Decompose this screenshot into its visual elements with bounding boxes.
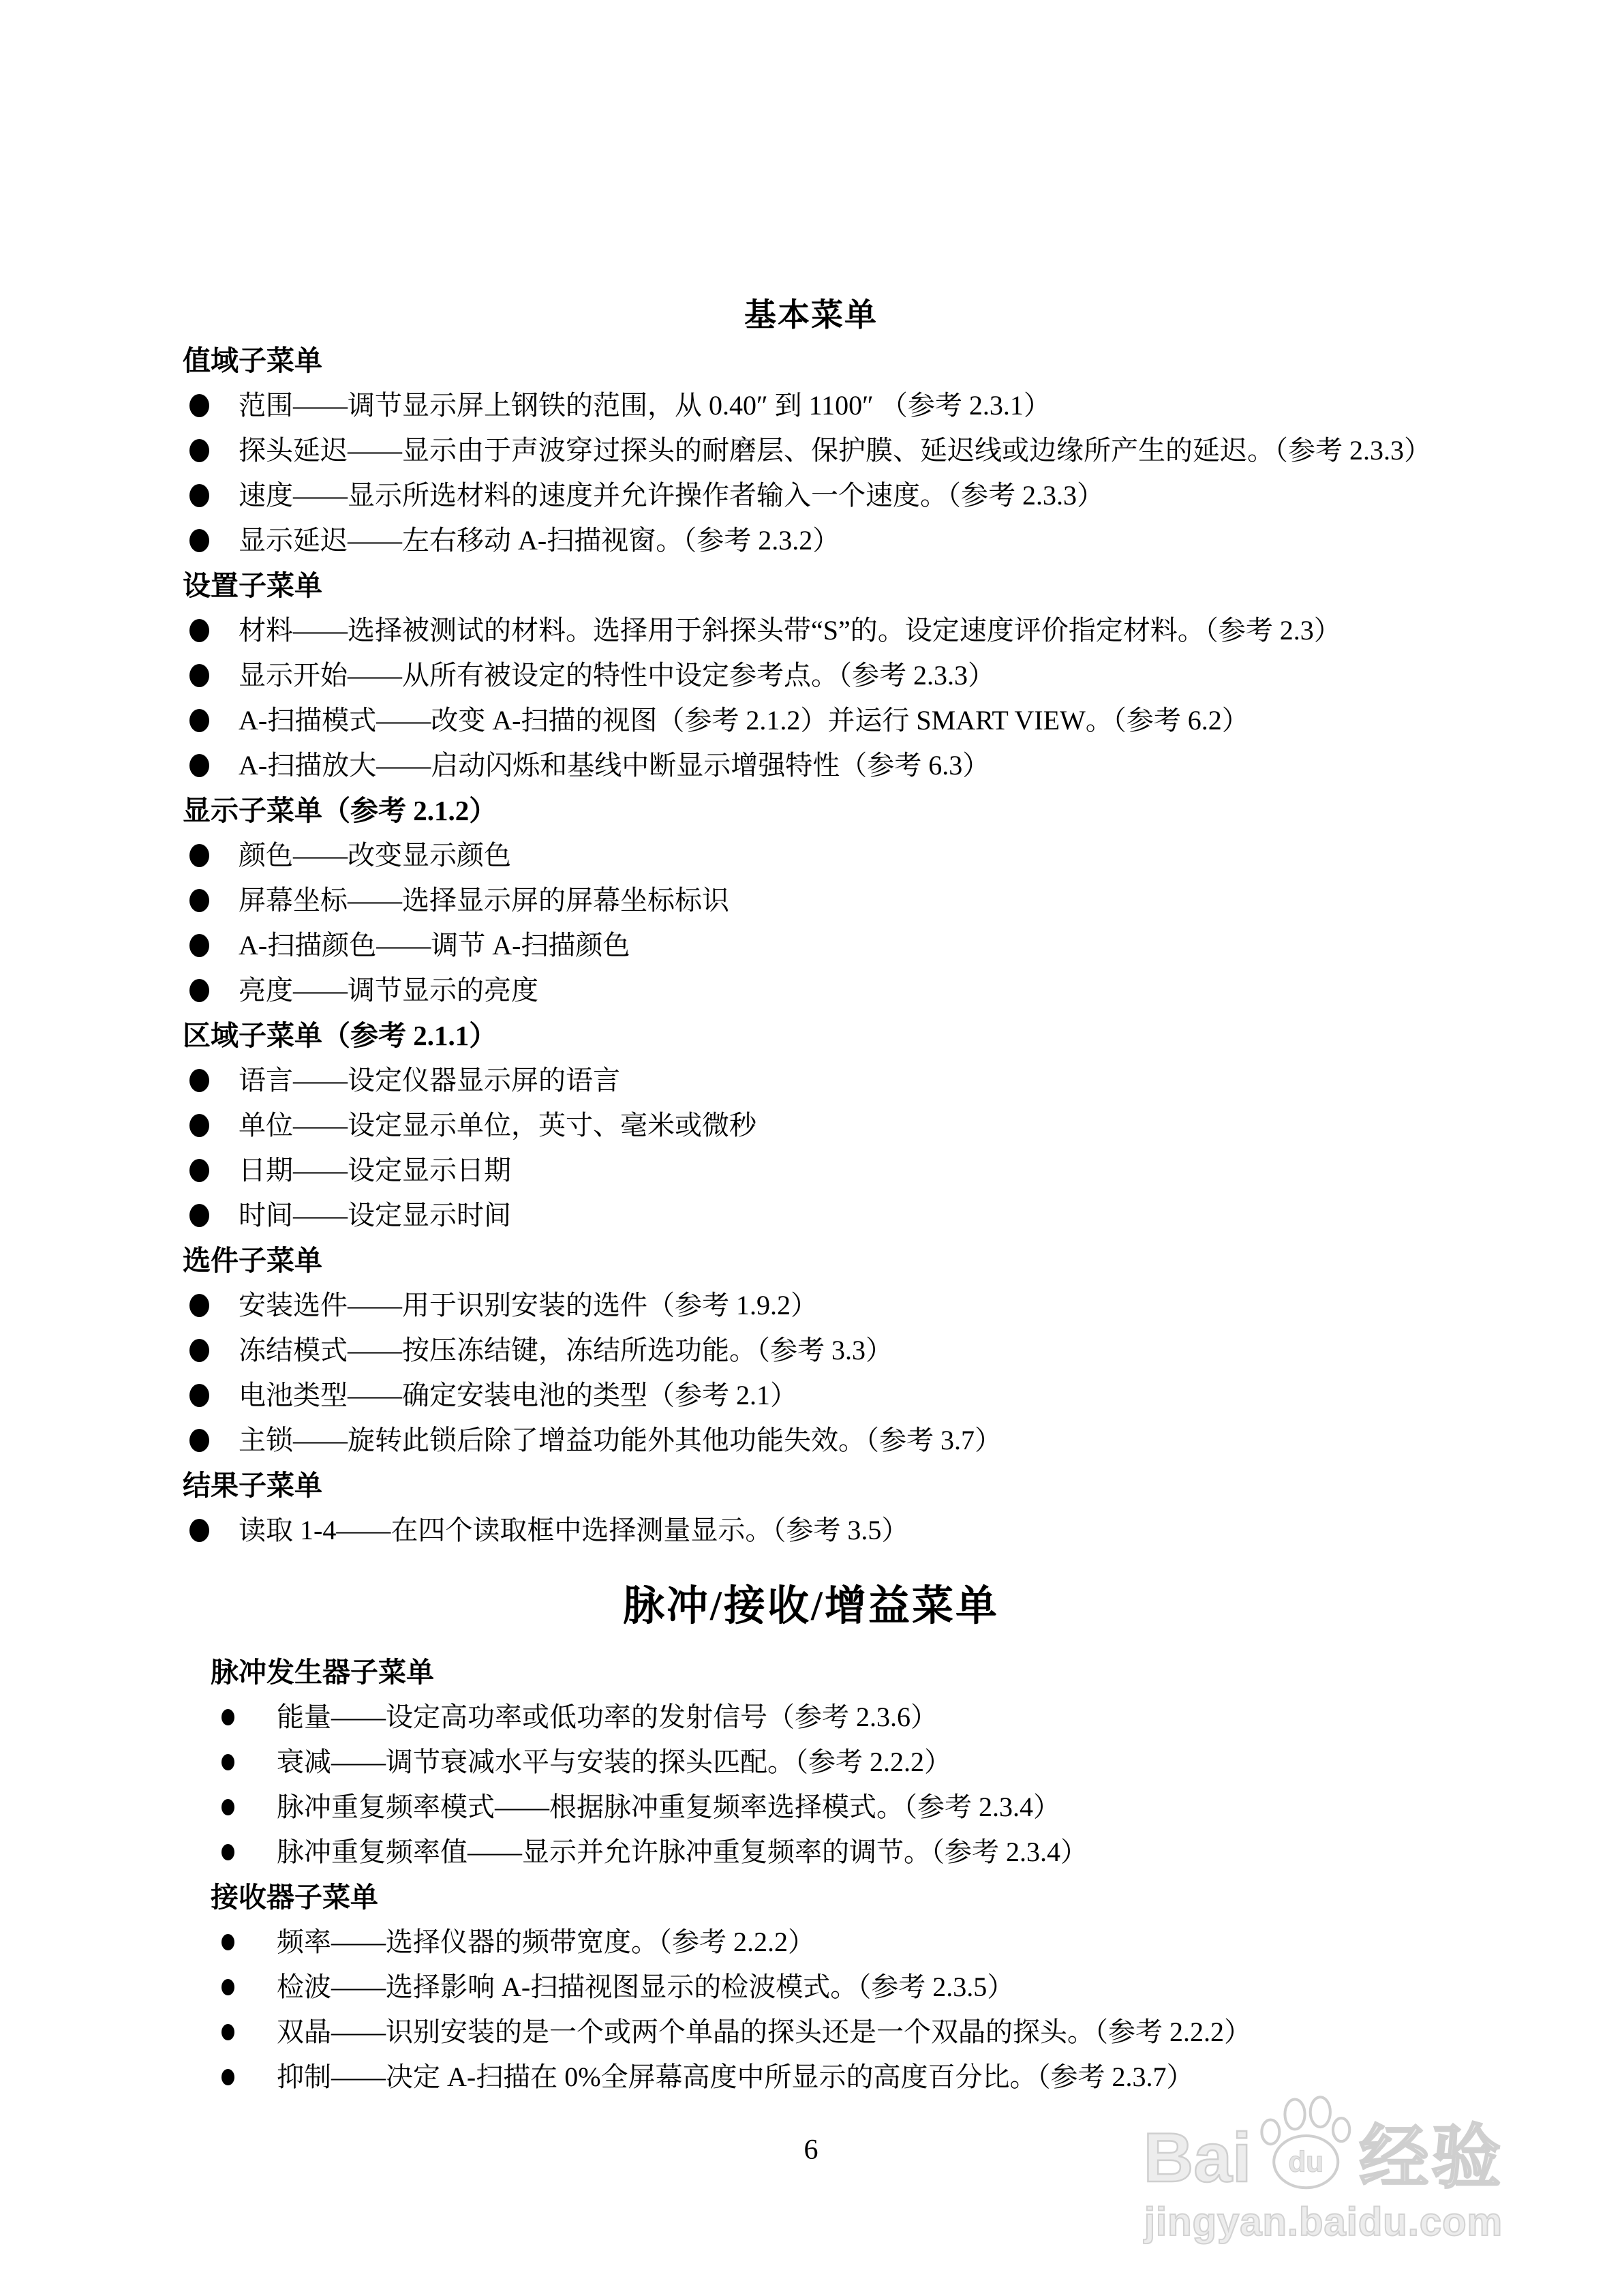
menu-item-row: 速度——显示所选材料的速度并允许操作者输入一个速度。（参考 2.3.3）: [0, 473, 1622, 518]
menu-item-text: 单位——设定显示单位，英寸、毫米或微秒: [239, 1110, 756, 1141]
menu-item-text: 能量——设定高功率或低功率的发射信号（参考 2.3.6）: [277, 1702, 938, 1732]
menu-item-text: A-扫描颜色——调节 A-扫描颜色: [239, 930, 630, 961]
menu-item-row: 冻结模式——按压冻结键，冻结所选功能。（参考 3.3）: [0, 1328, 1622, 1373]
menu-item-row: 读取 1-4——在四个读取框中选择测量显示。（参考 3.5）: [0, 1508, 1622, 1553]
menu-item-text: 显示开始——从所有被设定的特性中设定参考点。（参考 2.3.3）: [239, 660, 995, 691]
bullet-icon: [189, 439, 209, 462]
bullet-icon: [189, 754, 209, 777]
bullet-icon: [189, 394, 209, 417]
menu-item-row: 显示开始——从所有被设定的特性中设定参考点。（参考 2.3.3）: [0, 653, 1622, 698]
bullet-icon: [221, 1799, 234, 1815]
menu-item-row: 屏幕坐标——选择显示屏的屏幕坐标标识: [0, 878, 1622, 923]
menu-item-row: A-扫描颜色——调节 A-扫描颜色: [0, 923, 1622, 968]
jingyan-brand-text: 经验: [1359, 2123, 1503, 2192]
menu-item-row: A-扫描放大——启动闪烁和基线中断显示增强特性（参考 6.3）: [0, 743, 1622, 788]
menu-item-row: 抑制——决定 A-扫描在 0%全屏幕高度中所显示的高度百分比。（参考 2.3.7…: [0, 2055, 1622, 2100]
menu-item-text: 时间——设定显示时间: [239, 1200, 511, 1230]
basic-menu-sections: 值域子菜单范围——调节显示屏上钢铁的范围，从 0.40″ 到 1100″ （参考…: [0, 338, 1622, 1553]
menu-item-text: 材料——选择被测试的材料。选择用于斜探头带“S”的。设定速度评价指定材料。（参考…: [239, 615, 1341, 646]
bullet-icon: [189, 979, 209, 1002]
document-page: 基本菜单 值域子菜单范围——调节显示屏上钢铁的范围，从 0.40″ 到 1100…: [0, 0, 1622, 2296]
menu-item-text: 速度——显示所选材料的速度并允许操作者输入一个速度。（参考 2.3.3）: [239, 480, 1104, 511]
bullet-icon: [189, 1159, 209, 1182]
section-header: 选件子菜单: [0, 1238, 1622, 1283]
menu-item-row: 探头延迟——显示由于声波穿过探头的耐磨层、保护膜、延迟线或边缘所产生的延迟。（参…: [0, 428, 1622, 473]
menu-item-text: A-扫描模式——改变 A-扫描的视图（参考 2.1.2）并运行 SMART VI…: [239, 705, 1249, 736]
menu-item-row: 亮度——调节显示的亮度: [0, 968, 1622, 1013]
bullet-icon: [189, 1294, 209, 1317]
menu-item-text: 抑制——决定 A-扫描在 0%全屏幕高度中所显示的高度百分比。（参考 2.3.7…: [277, 2061, 1194, 2092]
bullet-icon: [221, 1934, 234, 1950]
menu-item-text: 日期——设定显示日期: [239, 1155, 511, 1185]
menu-item-row: A-扫描模式——改变 A-扫描的视图（参考 2.1.2）并运行 SMART VI…: [0, 698, 1622, 743]
menu-item-text: 颜色——改变显示颜色: [239, 840, 511, 871]
bullet-icon: [189, 619, 209, 642]
menu-item-text: 读取 1-4——在四个读取框中选择测量显示。（参考 3.5）: [239, 1515, 908, 1545]
bullet-icon: [221, 1754, 234, 1770]
bullet-icon: [189, 889, 209, 912]
menu-item-text: 语言——设定仪器显示屏的语言: [239, 1065, 620, 1096]
pulse-menu-title: 脉冲/接收/增益菜单: [0, 1579, 1622, 1635]
watermark-domain-text: jingyan.baidu.com: [1112, 2199, 1535, 2245]
menu-item-text: 探头延迟——显示由于声波穿过探头的耐磨层、保护膜、延迟线或边缘所产生的延迟。（参…: [239, 435, 1431, 466]
menu-item-row: 时间——设定显示时间: [0, 1193, 1622, 1238]
bullet-icon: [189, 709, 209, 732]
bullet-icon: [189, 844, 209, 867]
menu-item-row: 主锁——旋转此锁后除了增益功能外其他功能失效。（参考 3.7）: [0, 1418, 1622, 1463]
menu-item-row: 双晶——识别安装的是一个或两个单晶的探头还是一个双晶的探头。（参考 2.2.2）: [0, 2010, 1622, 2055]
menu-item-text: 脉冲重复频率值——显示并允许脉冲重复频率的调节。（参考 2.3.4）: [277, 1837, 1088, 1867]
section-header: 接收器子菜单: [0, 1875, 1622, 1920]
menu-item-row: 日期——设定显示日期: [0, 1148, 1622, 1193]
menu-item-row: 显示延迟——左右移动 A-扫描视窗。（参考 2.3.2）: [0, 518, 1622, 563]
bullet-icon: [189, 664, 209, 687]
main-title: 基本菜单: [0, 293, 1622, 338]
menu-item-row: 电池类型——确定安装电池的类型（参考 2.1）: [0, 1373, 1622, 1418]
baidu-logo-bai-text: Bai: [1144, 2123, 1252, 2192]
menu-item-row: 范围——调节显示屏上钢铁的范围，从 0.40″ 到 1100″ （参考 2.3.…: [0, 383, 1622, 428]
section-header: 区域子菜单（参考 2.1.1）: [0, 1013, 1622, 1058]
menu-item-text: 双晶——识别安装的是一个或两个单晶的探头还是一个双晶的探头。（参考 2.2.2）: [277, 2016, 1251, 2047]
bullet-icon: [189, 484, 209, 507]
bullet-icon: [189, 1384, 209, 1407]
section-header: 设置子菜单: [0, 563, 1622, 608]
bullet-icon: [189, 1519, 209, 1542]
bullet-icon: [189, 1339, 209, 1362]
menu-item-row: 单位——设定显示单位，英寸、毫米或微秒: [0, 1103, 1622, 1148]
bullet-icon: [221, 1709, 234, 1725]
bullet-icon: [189, 1429, 209, 1452]
menu-item-text: 检波——选择影响 A-扫描视图显示的检波模式。（参考 2.3.5）: [277, 1972, 1014, 2002]
menu-item-text: 电池类型——确定安装电池的类型（参考 2.1）: [239, 1380, 797, 1410]
bullet-icon: [189, 1204, 209, 1227]
baidu-logo-row: Bai du 经验: [1112, 2094, 1535, 2192]
bullet-icon: [221, 2024, 234, 2040]
menu-item-row: 颜色——改变显示颜色: [0, 833, 1622, 878]
bullet-icon: [221, 1979, 234, 1995]
baidu-paw-icon: du: [1254, 2094, 1356, 2195]
menu-item-text: 主锁——旋转此锁后除了增益功能外其他功能失效。（参考 3.7）: [239, 1425, 1002, 1455]
section-header: 脉冲发生器子菜单: [0, 1650, 1622, 1695]
menu-item-text: 脉冲重复频率模式——根据脉冲重复频率选择模式。（参考 2.3.4）: [277, 1792, 1060, 1822]
menu-item-row: 能量——设定高功率或低功率的发射信号（参考 2.3.6）: [0, 1695, 1622, 1740]
bullet-icon: [221, 2069, 234, 2085]
bullet-icon: [189, 1069, 209, 1092]
menu-item-row: 频率——选择仪器的频带宽度。（参考 2.2.2）: [0, 1920, 1622, 1965]
bullet-icon: [189, 1114, 209, 1137]
pulse-menu-sections: 脉冲发生器子菜单能量——设定高功率或低功率的发射信号（参考 2.3.6）衰减——…: [0, 1650, 1622, 2100]
bullet-icon: [189, 934, 209, 957]
menu-item-text: 安装选件——用于识别安装的选件（参考 1.9.2）: [239, 1290, 818, 1320]
bullet-icon: [189, 529, 209, 552]
menu-item-row: 衰减——调节衰减水平与安装的探头匹配。（参考 2.2.2）: [0, 1740, 1622, 1785]
baidu-jingyan-watermark: Bai du 经验 jingyan.baidu.com: [1112, 2094, 1535, 2245]
section-header: 显示子菜单（参考 2.1.2）: [0, 788, 1622, 833]
baidu-logo-du-text: du: [1289, 2146, 1324, 2178]
menu-item-row: 脉冲重复频率值——显示并允许脉冲重复频率的调节。（参考 2.3.4）: [0, 1830, 1622, 1875]
menu-item-text: 频率——选择仪器的频带宽度。（参考 2.2.2）: [277, 1927, 815, 1957]
menu-item-text: A-扫描放大——启动闪烁和基线中断显示增强特性（参考 6.3）: [239, 750, 990, 781]
menu-item-text: 衰减——调节衰减水平与安装的探头匹配。（参考 2.2.2）: [277, 1747, 951, 1777]
document-content: 基本菜单 值域子菜单范围——调节显示屏上钢铁的范围，从 0.40″ 到 1100…: [0, 0, 1622, 2165]
menu-item-row: 材料——选择被测试的材料。选择用于斜探头带“S”的。设定速度评价指定材料。（参考…: [0, 608, 1622, 653]
bullet-icon: [221, 1844, 234, 1860]
section-header: 值域子菜单: [0, 338, 1622, 383]
menu-item-row: 脉冲重复频率模式——根据脉冲重复频率选择模式。（参考 2.3.4）: [0, 1785, 1622, 1830]
menu-item-text: 范围——调节显示屏上钢铁的范围，从 0.40″ 到 1100″ （参考 2.3.…: [239, 390, 1051, 421]
menu-item-row: 检波——选择影响 A-扫描视图显示的检波模式。（参考 2.3.5）: [0, 1965, 1622, 2010]
menu-item-text: 显示延迟——左右移动 A-扫描视窗。（参考 2.3.2）: [239, 525, 840, 556]
menu-item-text: 亮度——调节显示的亮度: [239, 975, 538, 1006]
menu-item-row: 语言——设定仪器显示屏的语言: [0, 1058, 1622, 1103]
menu-item-text: 冻结模式——按压冻结键，冻结所选功能。（参考 3.3）: [239, 1335, 893, 1365]
section-header: 结果子菜单: [0, 1463, 1622, 1508]
menu-item-text: 屏幕坐标——选择显示屏的屏幕坐标标识: [239, 885, 729, 916]
menu-item-row: 安装选件——用于识别安装的选件（参考 1.9.2）: [0, 1283, 1622, 1328]
